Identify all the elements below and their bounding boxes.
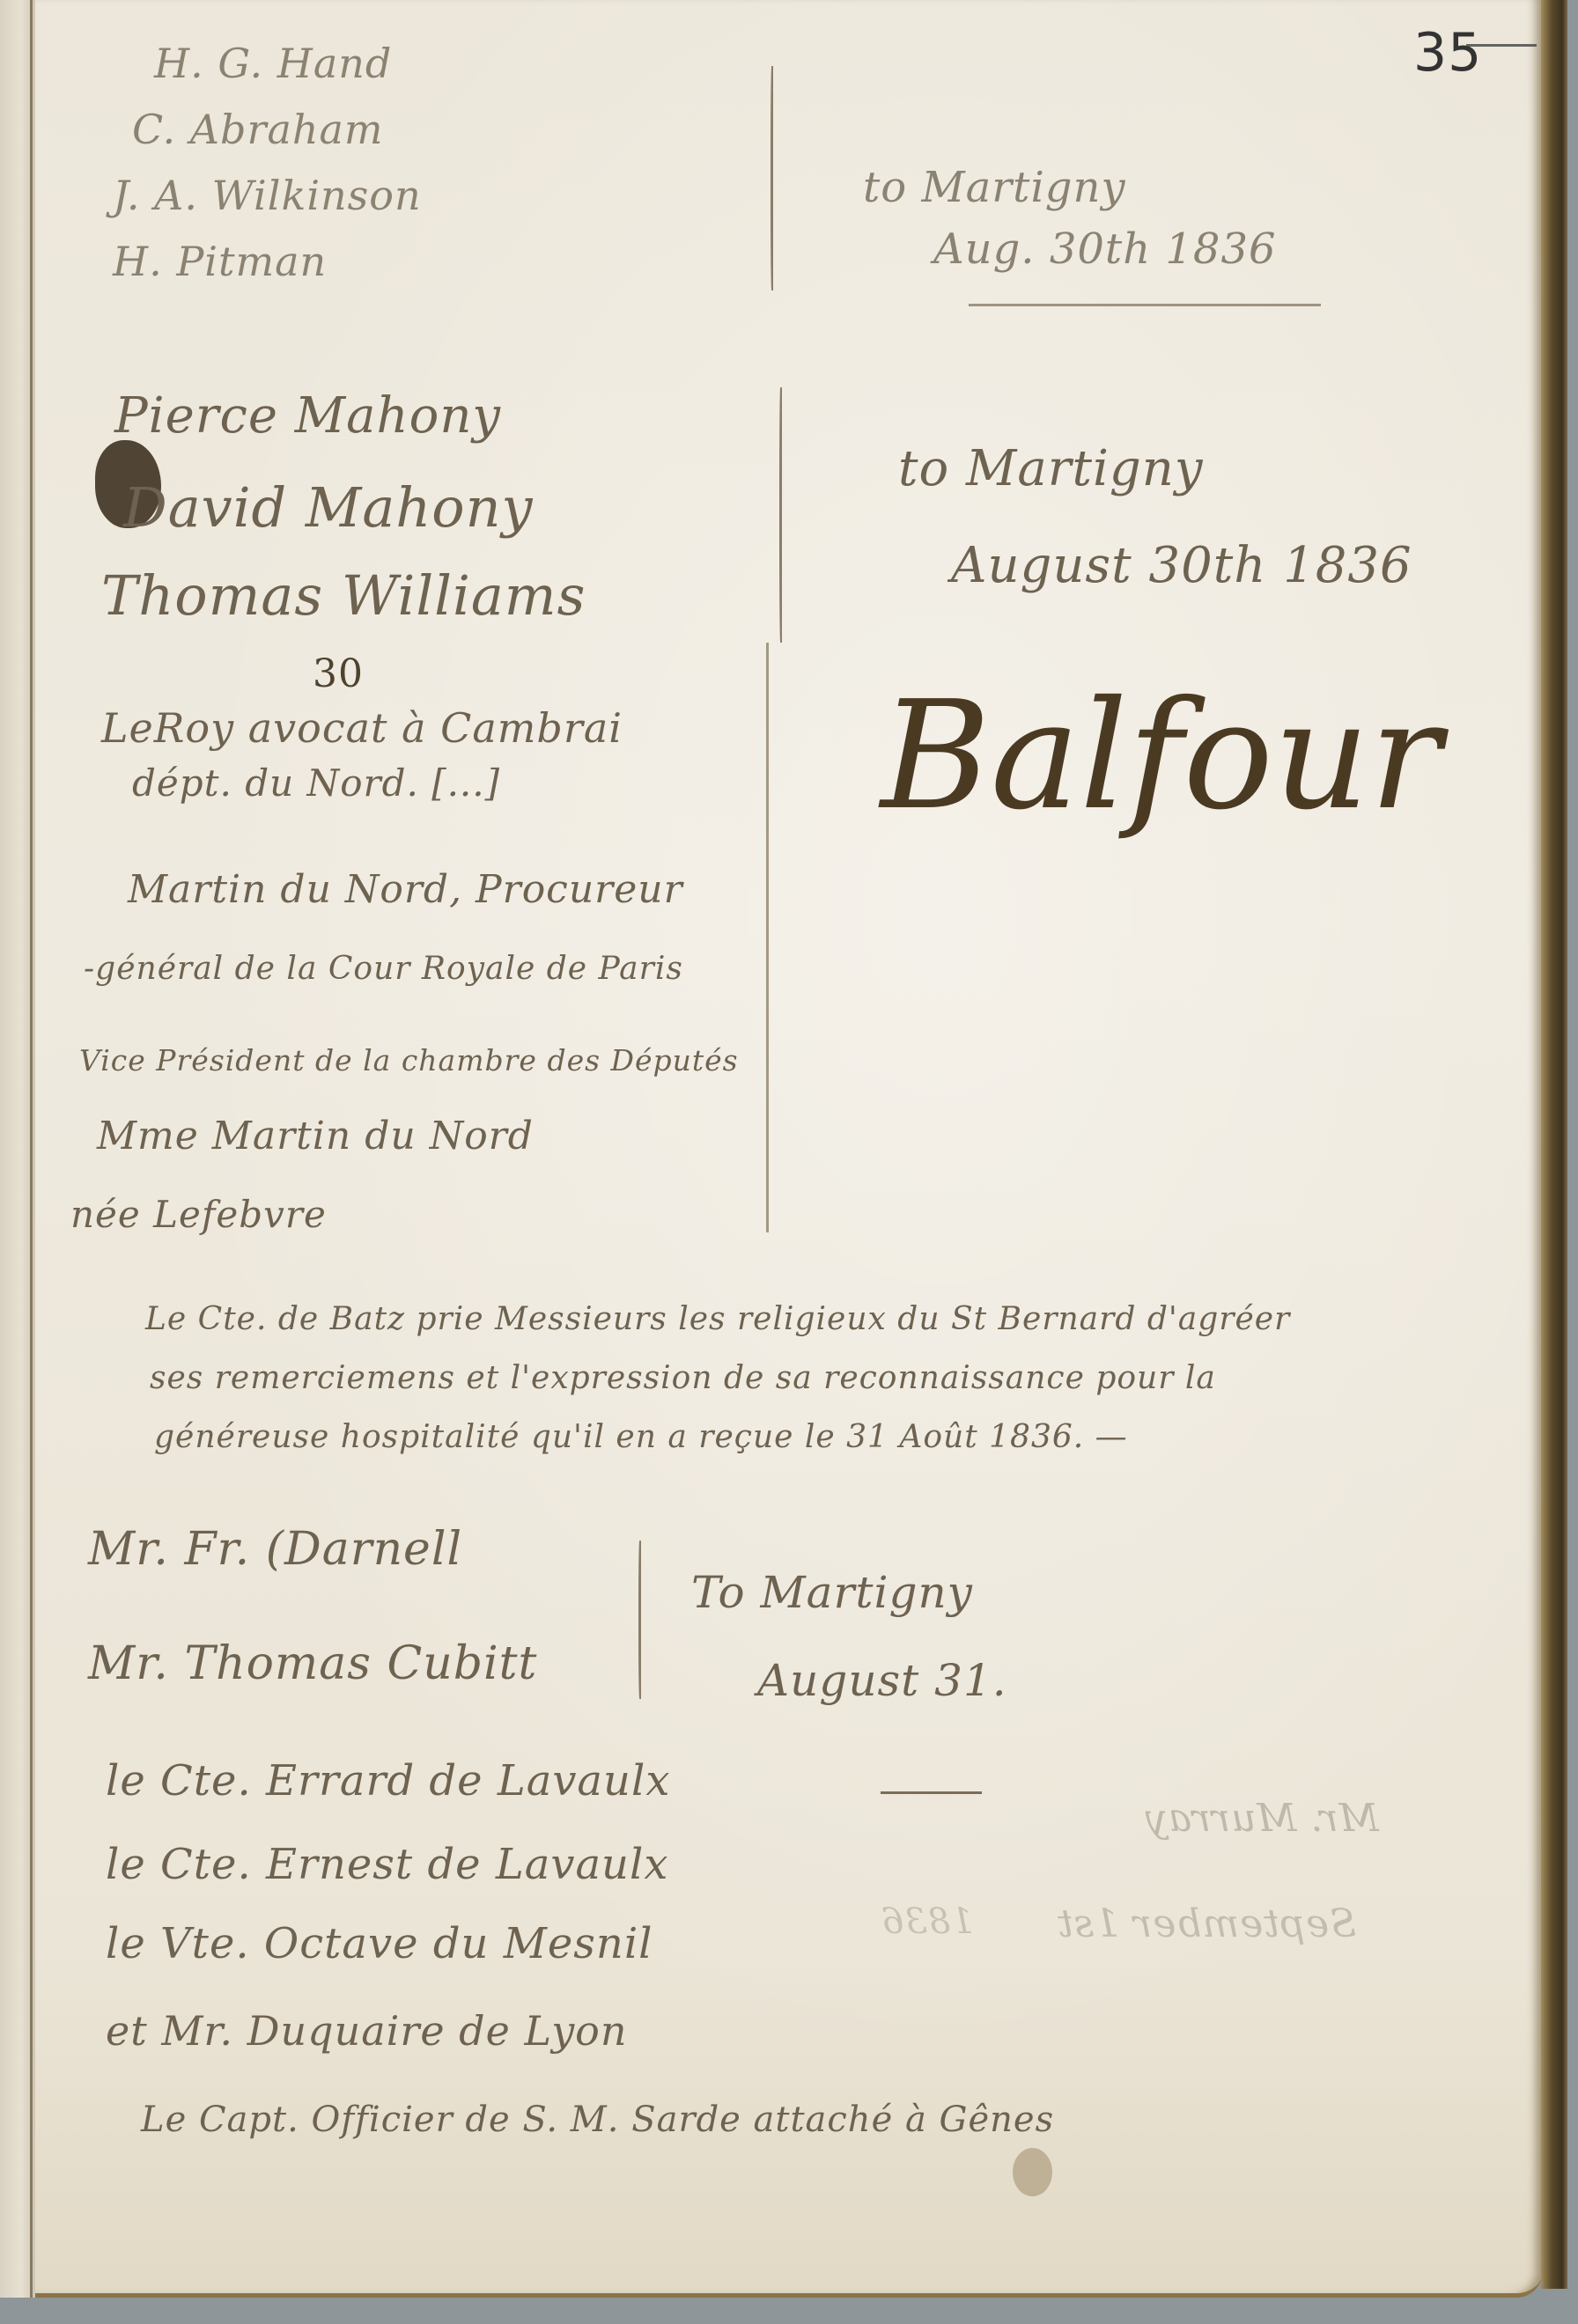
entry1-name-2: C. Abraham	[132, 106, 384, 153]
entry1-underline	[969, 304, 1321, 306]
entry5-name-2: Mr. Thomas Cubitt	[88, 1637, 537, 1690]
signature-balfour: Balfour	[881, 669, 1442, 843]
entry3-line-7: née Lefebvre	[70, 1193, 327, 1236]
page-number-flourish	[1466, 44, 1537, 47]
entry3-line-2: dépt. du Nord. [...]	[132, 761, 500, 805]
water-stain	[1013, 2148, 1052, 2196]
entry1-date: Aug. 30th 1836	[933, 224, 1277, 274]
page-fore-edge	[1541, 0, 1567, 2289]
entry1-name-4: H. Pitman	[113, 238, 327, 285]
entry1-destination: to Martigny	[863, 163, 1126, 212]
entry4-line-1: Le Cte. de Batz prie Messieurs les relig…	[145, 1301, 1290, 1337]
entry5-brace	[638, 1541, 641, 1699]
column-divider	[766, 643, 769, 1232]
entry3-line-3: Martin du Nord, Procureur	[128, 867, 683, 912]
entry2-destination: to Martigny	[898, 440, 1203, 497]
entry1-brace	[771, 66, 773, 290]
entry4-line-3: généreuse hospitalité qu'il en a reçue l…	[154, 1419, 1128, 1455]
entry3-marginal-number: 30	[313, 651, 364, 696]
entry6-line-3: le Vte. Octave du Mesnil	[106, 1919, 653, 1968]
bleed-through-3: 1836	[881, 1901, 974, 1942]
entry2-name-3: Thomas Williams	[101, 563, 586, 628]
entry2-brace	[779, 387, 782, 643]
page-number: 35	[1413, 22, 1482, 84]
bleed-through-1: Mr. Murray	[1145, 1796, 1379, 1841]
entry6-line-5: Le Capt. Officier de S. M. Sarde attaché…	[141, 2100, 1054, 2140]
entry4-line-2: ses remerciemens et l'expression de sa r…	[150, 1360, 1216, 1396]
entry3-line-4: -général de la Cour Royale de Paris	[84, 951, 683, 987]
entry3-line-1: LeRoy avocat à Cambrai	[101, 704, 623, 752]
bleed-through-2: September 1st	[1057, 1901, 1356, 1946]
entry5-date: August 31.	[757, 1655, 1007, 1706]
entry5-name-1: Mr. Fr. (Darnell	[88, 1523, 462, 1576]
entry5-destination: To Martigny	[691, 1567, 973, 1618]
entry3-line-6: Mme Martin du Nord	[97, 1114, 534, 1158]
entry1-name-3: J. A. Wilkinson	[113, 172, 422, 219]
entry6-line-1: le Cte. Errard de Lavaulx	[106, 1756, 670, 1806]
entry2-name-1: Pierce Mahony	[114, 387, 501, 445]
entry3-line-5: Vice Président de la chambre des Députés	[79, 1043, 739, 1077]
entry6-flourish	[881, 1791, 982, 1794]
entry6-line-4: et Mr. Duquaire de Lyon	[106, 2007, 628, 2055]
entry6-line-2: le Cte. Ernest de Lavaulx	[106, 1840, 668, 1889]
entry1-name-1: H. G. Hand	[154, 40, 392, 87]
entry2-name-2: David Mahony	[123, 475, 534, 540]
gutter-line	[30, 0, 33, 2298]
entry2-date: August 30th 1836	[951, 537, 1412, 594]
